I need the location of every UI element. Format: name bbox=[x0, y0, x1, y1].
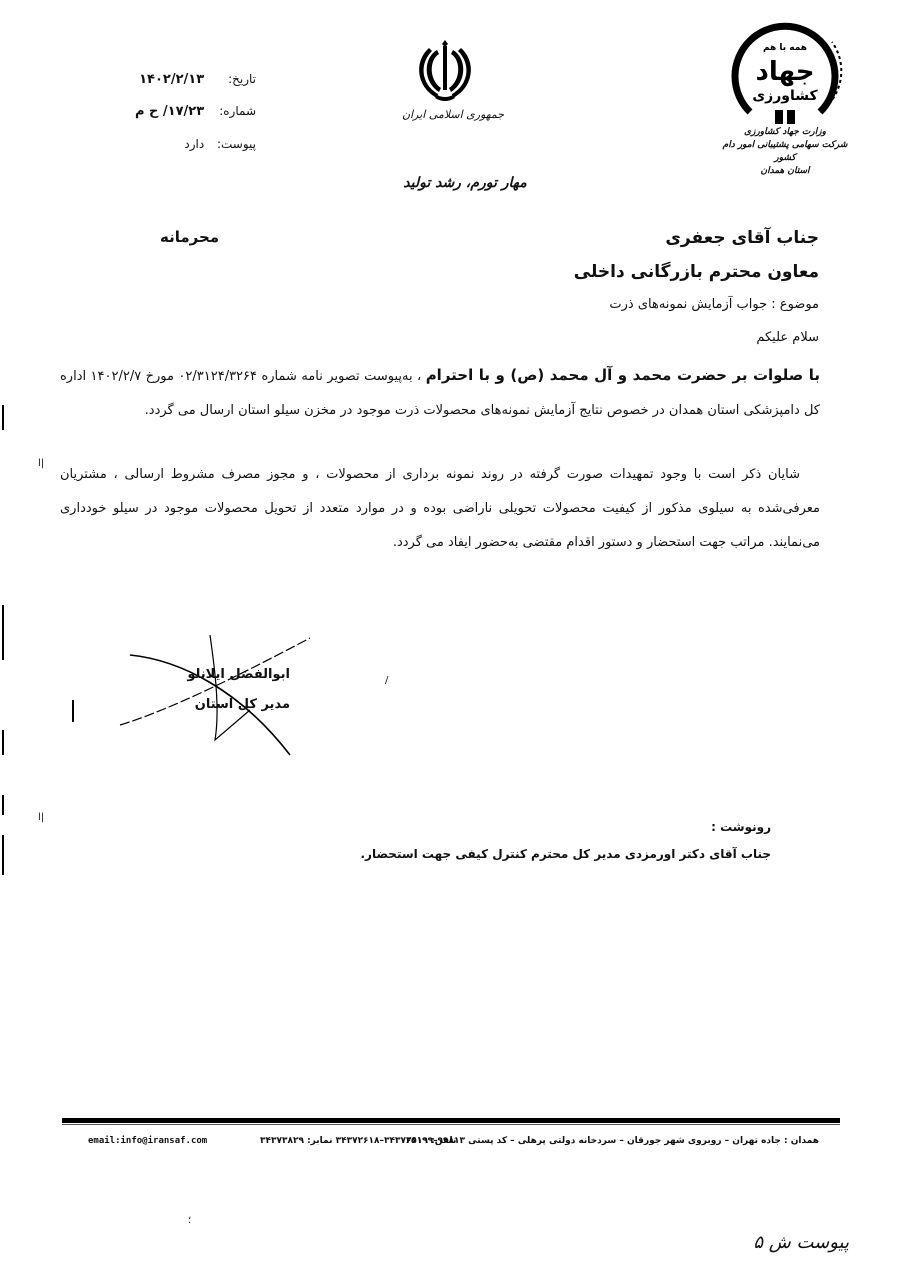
scan-margin-mark bbox=[2, 795, 4, 815]
classification-label: محرمانه bbox=[160, 228, 219, 246]
subject-text: جواب آزمایش نمونه‌های ذرت bbox=[609, 297, 767, 312]
scan-speck: / bbox=[385, 675, 388, 686]
signatory-title: مدیر کل استان bbox=[170, 690, 290, 720]
recipient-name: جناب آقای جعفری bbox=[665, 228, 819, 248]
jahad-keshavarzi-logo-icon: همه با هم جهاد کشاورزی bbox=[720, 12, 850, 132]
scan-margin-mark bbox=[2, 605, 4, 660]
cc-label: رونوشت : bbox=[711, 820, 771, 834]
number-row: شماره: ۱۷/۲۳/ ح م bbox=[135, 104, 256, 119]
recipient-title: معاون محترم بازرگانی داخلی bbox=[574, 262, 819, 282]
logo-sub-text: کشاورزی bbox=[752, 88, 818, 104]
scan-margin-mark bbox=[2, 730, 4, 755]
year-slogan: مهار تورم، رشد تولید bbox=[370, 175, 560, 191]
attachment-row: پیوست: دارد bbox=[184, 137, 256, 151]
date-value: ۱۴۰۲/۲/۱۳ bbox=[139, 72, 204, 87]
number-value: ۱۷/۲۳/ ح م bbox=[135, 104, 204, 119]
footer-divider-thin bbox=[62, 1124, 840, 1125]
scan-speck: ؛ bbox=[188, 1215, 191, 1226]
date-label: تاریخ: bbox=[208, 72, 256, 86]
subject-line: موضوع : جواب آزمایش نمونه‌های ذرت bbox=[609, 297, 819, 312]
signature-block: ابوالفضل ایلانلو مدیر کل استان bbox=[170, 660, 290, 720]
signatory-name: ابوالفضل ایلانلو bbox=[170, 660, 290, 690]
iran-emblem-icon bbox=[415, 38, 475, 104]
scan-speck: ا| bbox=[38, 812, 44, 823]
cc-recipient: جناب آقای دکتر اورمزدی مدیر کل محترم کنت… bbox=[361, 847, 772, 861]
body-paragraph-1: با صلوات بر حضرت محمد و آل محمد (ص) و با… bbox=[60, 358, 820, 428]
footer-phone: تلفن: ۳۴۳۷۲۶۱۹–۳۴۳۷۲۶۱۸ نمابر: ۳۴۳۷۳۸۲۹ bbox=[260, 1136, 456, 1146]
org-line-ministry: وزارت جهاد کشاورزی bbox=[715, 126, 855, 139]
body-paragraph-2: شایان ذکر است با وجود تمهیدات صورت گرفته… bbox=[60, 458, 820, 560]
date-row: تاریخ: ۱۴۰۲/۲/۱۳ bbox=[139, 72, 256, 87]
scan-speck: ا| bbox=[38, 458, 44, 469]
org-line-province: استان همدان bbox=[715, 165, 855, 178]
greeting: سلام علیکم bbox=[756, 330, 819, 345]
attachment-value: دارد bbox=[184, 137, 204, 151]
number-label: شماره: bbox=[208, 104, 256, 118]
emblem-caption: جمهوری اسلامی ایران bbox=[398, 108, 508, 121]
body-paragraph-1-opening: با صلوات بر حضرت محمد و آل محمد (ص) و با… bbox=[426, 366, 820, 384]
org-line-company: شرکت سهامی پشتیبانی امور دام کشور bbox=[715, 139, 855, 165]
handwritten-attachment-note: پیوست ش ۵ bbox=[753, 1232, 849, 1253]
footer-divider bbox=[62, 1118, 840, 1123]
scan-margin-mark bbox=[2, 835, 4, 875]
logo-top-text: همه با هم bbox=[763, 43, 807, 53]
subject-label: موضوع : bbox=[771, 297, 819, 312]
organization-name: وزارت جهاد کشاورزی شرکت سهامی پشتیبانی ا… bbox=[715, 126, 855, 178]
footer-email: email:info@iransaf.com bbox=[88, 1136, 207, 1146]
scan-margin-mark bbox=[2, 405, 4, 430]
attachment-label: پیوست: bbox=[208, 137, 256, 151]
footer-address: همدان : جاده تهران – روبروی شهر جورقان –… bbox=[406, 1136, 819, 1146]
logo-main-text: جهاد bbox=[755, 57, 814, 87]
scan-margin-mark bbox=[72, 700, 74, 722]
